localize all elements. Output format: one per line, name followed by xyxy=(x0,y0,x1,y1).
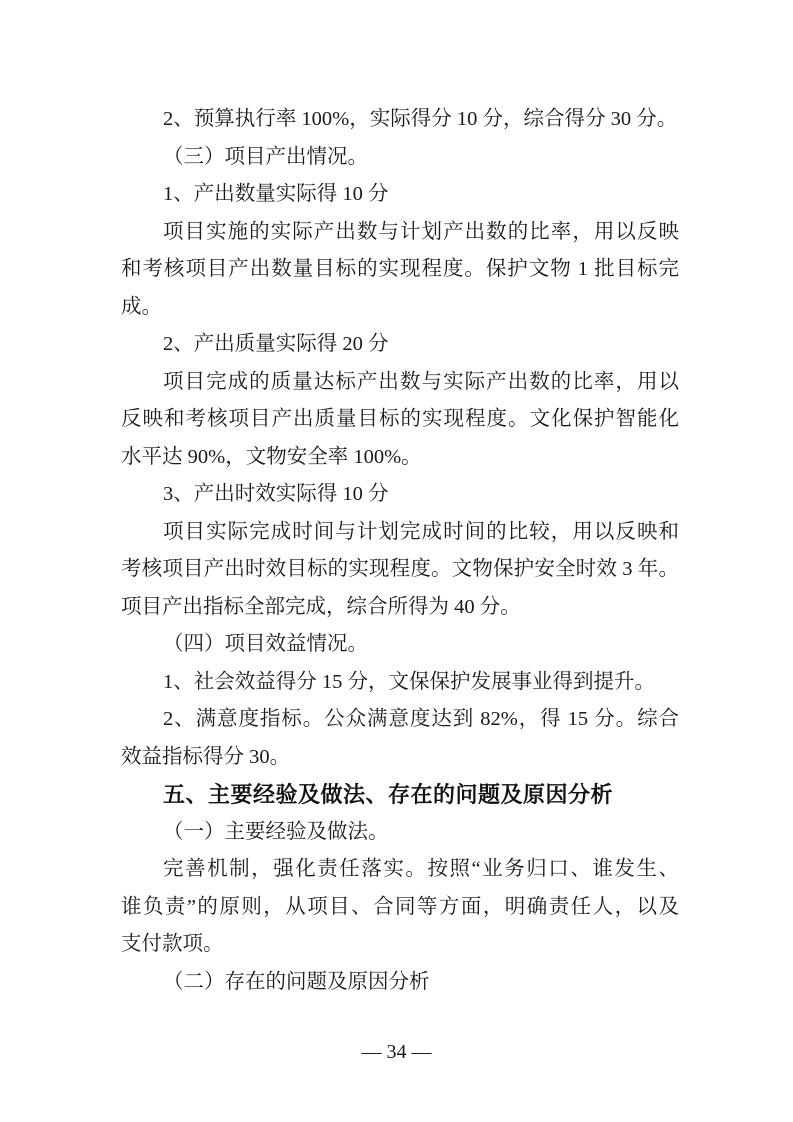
text-line: （二）存在的问题及原因分析 xyxy=(121,964,679,1002)
page-footer: — 34 — xyxy=(0,1041,793,1064)
paragraph: 2、满意度指标。公众满意度达到 82%，得 15 分。综合效益指标得分 30。 xyxy=(121,701,679,776)
paragraph: （二）存在的问题及原因分析 xyxy=(121,964,679,1002)
text-line: 项目完成的质量达标产出数与实际产出数的比率，用以 xyxy=(121,364,679,402)
text-line: （四）项目效益情况。 xyxy=(121,626,679,664)
text-line: 项目实施的实际产出数与计划产出数的比率，用以反映 xyxy=(121,214,679,252)
paragraph: （四）项目效益情况。 xyxy=(121,626,679,664)
text-line: 水平达 90%，文物安全率 100%。 xyxy=(121,439,679,477)
text-line: 反映和考核项目产出质量目标的实现程度。文化保护智能化 xyxy=(121,401,679,439)
paragraph: 项目实际完成时间与计划完成时间的比较，用以反映和考核项目产出时效目标的实现程度。… xyxy=(121,514,679,627)
text-line: 1、产出数量实际得 10 分 xyxy=(121,176,679,214)
text-line: 考核项目产出时效目标的实现程度。文物保护安全时效 3 年。 xyxy=(121,551,679,589)
document-body: 2、预算执行率 100%，实际得分 10 分，综合得分 30 分。（三）项目产出… xyxy=(121,101,679,1001)
text-line: 和考核项目产出数量目标的实现程度。保护文物 1 批目标完 xyxy=(121,251,679,289)
section-heading: 五、主要经验及做法、存在的问题及原因分析 xyxy=(121,776,679,814)
text-line: 完善机制，强化责任落实。按照“业务归口、谁发生、 xyxy=(121,851,679,889)
text-line: （三）项目产出情况。 xyxy=(121,139,679,177)
paragraph: 2、产出质量实际得 20 分 xyxy=(121,326,679,364)
paragraph: 1、社会效益得分 15 分，文保保护发展事业得到提升。 xyxy=(121,664,679,702)
paragraph: （一）主要经验及做法。 xyxy=(121,814,679,852)
text-line: 项目产出指标全部完成，综合所得为 40 分。 xyxy=(121,589,679,627)
paragraph: 3、产出时效实际得 10 分 xyxy=(121,476,679,514)
paragraph: 项目完成的质量达标产出数与实际产出数的比率，用以反映和考核项目产出质量目标的实现… xyxy=(121,364,679,477)
text-line: 1、社会效益得分 15 分，文保保护发展事业得到提升。 xyxy=(121,664,679,702)
paragraph: （三）项目产出情况。 xyxy=(121,139,679,177)
paragraph: 完善机制，强化责任落实。按照“业务归口、谁发生、谁负责”的原则，从项目、合同等方… xyxy=(121,851,679,964)
text-line: 2、产出质量实际得 20 分 xyxy=(121,326,679,364)
paragraph: 2、预算执行率 100%，实际得分 10 分，综合得分 30 分。 xyxy=(121,101,679,139)
text-line: 2、预算执行率 100%，实际得分 10 分，综合得分 30 分。 xyxy=(121,101,679,139)
text-line: 3、产出时效实际得 10 分 xyxy=(121,476,679,514)
paragraph: 1、产出数量实际得 10 分 xyxy=(121,176,679,214)
text-line: 项目实际完成时间与计划完成时间的比较，用以反映和 xyxy=(121,514,679,552)
text-line: 成。 xyxy=(121,289,679,327)
text-line: 效益指标得分 30。 xyxy=(121,739,679,777)
text-line: 2、满意度指标。公众满意度达到 82%，得 15 分。综合 xyxy=(121,701,679,739)
text-line: （一）主要经验及做法。 xyxy=(121,814,679,852)
paragraph: 项目实施的实际产出数与计划产出数的比率，用以反映和考核项目产出数量目标的实现程度… xyxy=(121,214,679,327)
document-page: 2、预算执行率 100%，实际得分 10 分，综合得分 30 分。（三）项目产出… xyxy=(0,0,793,1122)
text-line: 五、主要经验及做法、存在的问题及原因分析 xyxy=(121,776,679,814)
page-number: — 34 — xyxy=(362,1041,432,1063)
text-line: 谁负责”的原则，从项目、合同等方面，明确责任人，以及 xyxy=(121,889,679,927)
text-line: 支付款项。 xyxy=(121,926,679,964)
